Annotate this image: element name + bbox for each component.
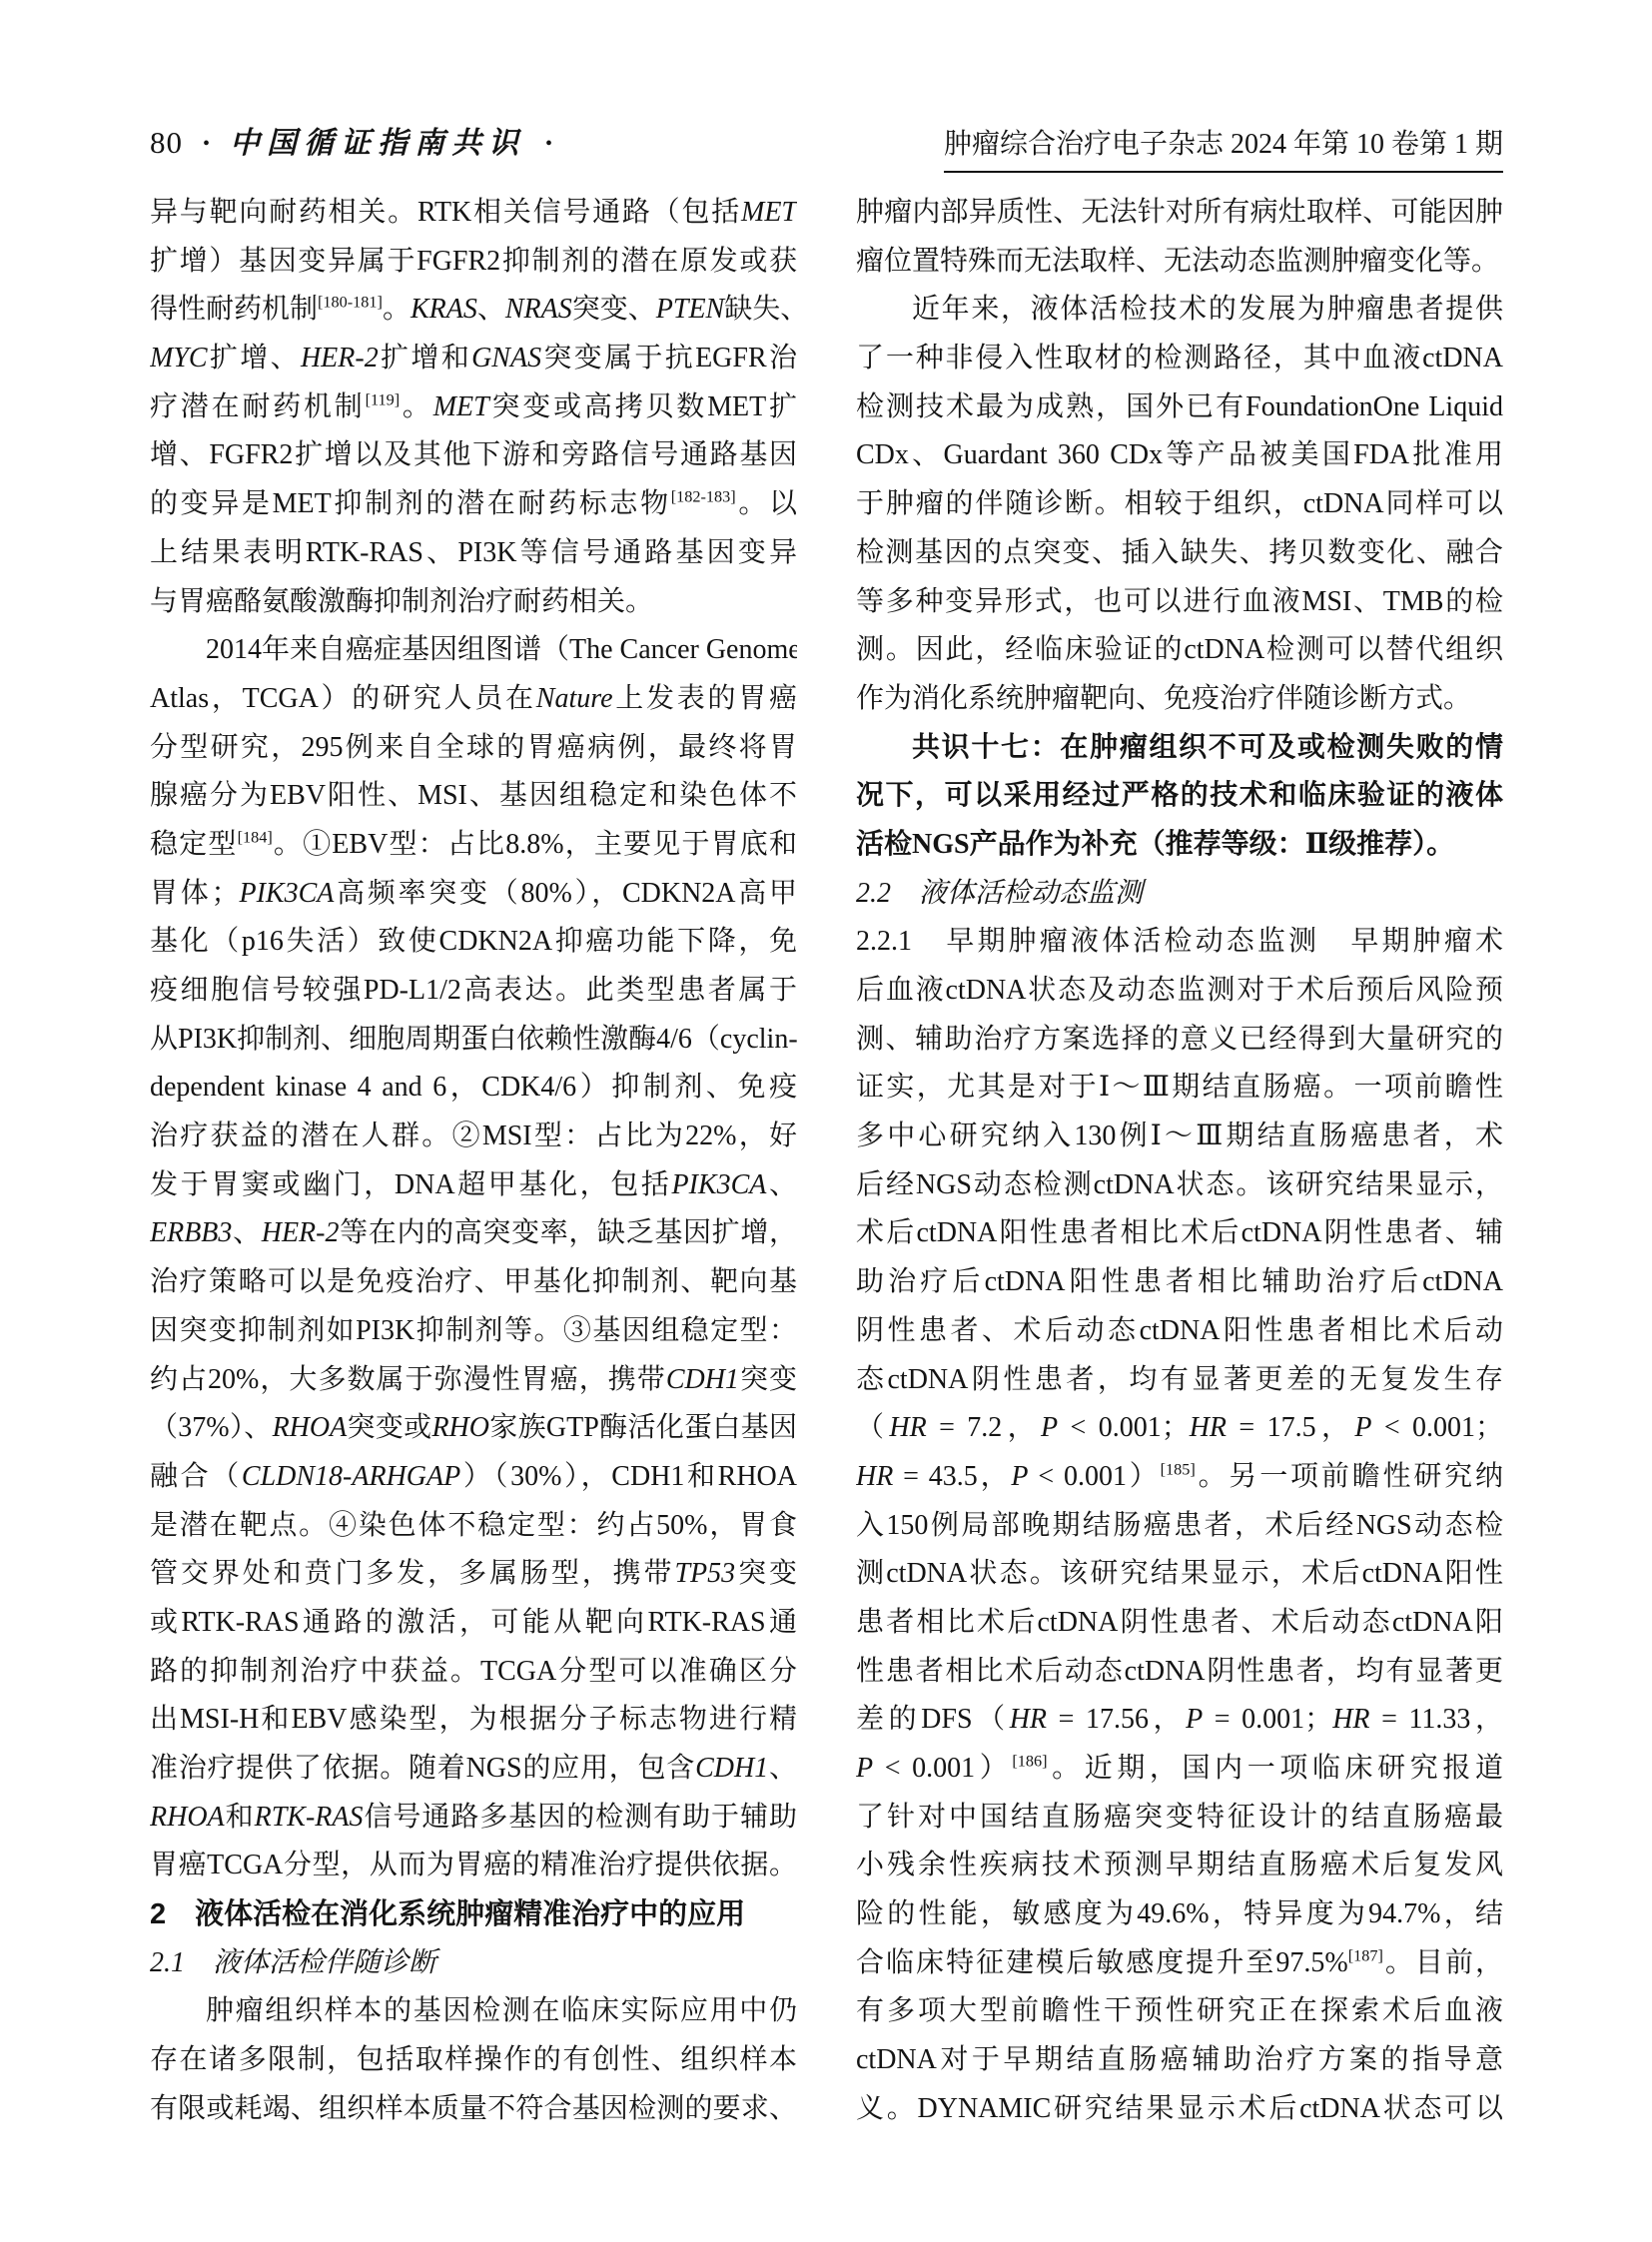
reference-superscript: [186] [1012, 1753, 1047, 1771]
text-line: CDx、Guardant 360 CDx等产品被美国FDA批准用 [856, 431, 1503, 480]
text-line: 发于胃窦或幽门，DNA超甲基化，包括PIK3CA、 [150, 1161, 797, 1210]
text-line: 上结果表明RTK-RAS、PI3K等信号通路基因变异 [150, 529, 797, 578]
text-line: （HR = 7.2，P < 0.001；HR = 17.5，P < 0.001； [856, 1404, 1503, 1453]
text-line: 路的抑制剂治疗中获益。TCGA分型可以准确区分 [150, 1648, 797, 1697]
text-line: 态ctDNA阴性患者，均有显著更差的无复发生存 [856, 1356, 1503, 1405]
text-line: 异与靶向耐药相关。RTK相关信号通路（包括MET [150, 189, 797, 238]
text-line: 准治疗提供了依据。随着NGS的应用，包含CDH1、 [150, 1745, 797, 1794]
column-left: 异与靶向耐药相关。RTK相关信号通路（包括MET扩增）基因变异属于FGFR2抑制… [150, 189, 797, 2134]
column-right: 肿瘤内部异质性、无法针对所有病灶取样、可能因肿瘤位置特殊而无法取样、无法动态监测… [856, 189, 1503, 2134]
text-line: 瘤位置特殊而无法取样、无法动态监测肿瘤变化等。 [856, 238, 1503, 287]
text-line: 出MSI-H和EBV感染型，为根据分子标志物进行精 [150, 1696, 797, 1745]
text-line: MYC扩增、HER-2扩增和GNAS突变属于抗EGFR治 [150, 335, 797, 383]
bullet-icon: • [545, 133, 552, 155]
text-line: 治疗获益的潜在人群。②MSI型：占比为22%，好 [150, 1113, 797, 1161]
reference-superscript: [187] [1348, 1946, 1383, 1964]
document-page: 80 • 中国循证指南共识 • 肿瘤综合治疗电子杂志 2024 年第 10 卷第… [0, 0, 1652, 2242]
bullet-icon: • [203, 133, 210, 155]
running-header-left: 80 • 中国循证指南共识 • [150, 118, 568, 162]
text-line: 疫细胞信号较强PD-L1/2高表达。此类型患者属于 [150, 967, 797, 1016]
text-line: 近年来，液体活检技术的发展为肿瘤患者提供 [856, 286, 1503, 335]
text-line: 分型研究，295例来自全球的胃癌病例，最终将胃 [150, 724, 797, 773]
text-line: 扩增）基因变异属于FGFR2抑制剂的潜在原发或获 [150, 238, 797, 287]
text-line: 肿瘤内部异质性、无法针对所有病灶取样、可能因肿 [856, 189, 1503, 238]
text-line: 义。DYNAMIC研究结果显示术后ctDNA状态可以 [856, 2085, 1503, 2134]
text-line: Atlas，TCGA）的研究人员在Nature上发表的胃癌 [150, 675, 797, 724]
text-line: 治疗策略可以是免疫治疗、甲基化抑制剂、靶向基 [150, 1258, 797, 1307]
text-line: 后经NGS动态检测ctDNA状态。该研究结果显示， [856, 1161, 1503, 1210]
text-line: 测ctDNA状态。该研究结果显示，术后ctDNA阳性 [856, 1550, 1503, 1599]
subsubsection-heading: 2.2.1 早期肿瘤液体活检动态监测 早期肿瘤术 [856, 918, 1503, 967]
text-line: 有限或耗竭、组织样本质量不符合基因检测的要求、 [150, 2085, 797, 2134]
text-line: 差的DFS（HR = 17.56，P = 0.001；HR = 11.33， [856, 1696, 1503, 1745]
text-line: 测。因此，经临床验证的ctDNA检测可以替代组织 [856, 626, 1503, 675]
text-line: 测、辅助治疗方案选择的意义已经得到大量研究的 [856, 1016, 1503, 1065]
journal-brand: 中国循证指南共识 [230, 127, 525, 160]
consensus-statement: 活检NGS产品作为补充（推荐等级：Ⅱ级推荐）。 [856, 821, 1503, 870]
text-line: 与胃癌酪氨酸激酶抑制剂治疗耐药相关。 [150, 578, 797, 627]
text-line: 管交界处和贲门多发，多属肠型，携带TP53突变 [150, 1550, 797, 1599]
text-line: 多中心研究纳入130例Ⅰ～Ⅲ期结直肠癌患者，术 [856, 1113, 1503, 1161]
text-line: 助治疗后ctDNA阳性患者相比辅助治疗后ctDNA [856, 1258, 1503, 1307]
text-line: 术后ctDNA阳性患者相比术后ctDNA阴性患者、辅 [856, 1209, 1503, 1258]
text-line: 存在诸多限制，包括取样操作的有创性、组织样本 [150, 2036, 797, 2085]
text-line: 增、FGFR2扩增以及其他下游和旁路信号通路基因 [150, 431, 797, 480]
text-line: 腺癌分为EBV阳性、MSI、基因组稳定和染色体不 [150, 772, 797, 821]
reference-superscript: [182-183] [671, 488, 736, 506]
subsection-heading: 2.1 液体活检伴随诊断 [150, 1939, 797, 1988]
text-line: （37%）、RHOA突变或RHO家族GTP酶活化蛋白基因 [150, 1404, 797, 1453]
text-line: 检测技术最为成熟，国外已有FoundationOne Liquid [856, 383, 1503, 432]
text-line: 等多种变异形式，也可以进行血液MSI、TMB的检 [856, 578, 1503, 627]
text-line: 作为消化系统肿瘤靶向、免疫治疗伴随诊断方式。 [856, 675, 1503, 724]
text-line: 基化（p16失活）致使CDKN2A抑癌功能下降，免 [150, 918, 797, 967]
text-line: 患者相比术后ctDNA阴性患者、术后动态ctDNA阳 [856, 1599, 1503, 1648]
text-line: 是潜在靶点。④染色体不稳定型：约占50%，胃食 [150, 1502, 797, 1551]
text-line: 的变异是MET抑制剂的潜在耐药标志物[182-183]。以 [150, 480, 797, 529]
text-line: 胃癌TCGA分型，从而为胃癌的精准治疗提供依据。 [150, 1842, 797, 1890]
consensus-statement: 共识十七：在肿瘤组织不可及或检测失败的情 [856, 724, 1503, 773]
text-line: 胃体；PIK3CA高频率突变（80%），CDKN2A高甲 [150, 870, 797, 919]
text-line: ERBB3、HER-2等在内的高突变率，缺乏基因扩增， [150, 1209, 797, 1258]
reference-superscript: [185] [1161, 1461, 1196, 1479]
text-line: 融合（CLDN18-ARHGAP）（30%），CDH1和RHOA [150, 1453, 797, 1502]
text-line: HR = 43.5，P < 0.001）[185]。另一项前瞻性研究纳 [856, 1453, 1503, 1502]
text-line: 或RTK-RAS通路的激活，可能从靶向RTK-RAS通 [150, 1599, 797, 1648]
text-line: 疗潜在耐药机制[119]。MET突变或高拷贝数MET扩 [150, 383, 797, 432]
subsection-heading: 2.2 液体活检动态监测 [856, 870, 1503, 919]
text-line: 险的性能，敏感度为49.6%，特异度为94.7%，结 [856, 1890, 1503, 1939]
consensus-statement: 况下，可以采用经过严格的技术和临床验证的液体 [856, 772, 1503, 821]
text-line: 约占20%，大多数属于弥漫性胃癌，携带CDH1突变 [150, 1356, 797, 1405]
text-line: 有多项大型前瞻性干预性研究正在探索术后血液 [856, 1987, 1503, 2036]
text-line: 小残余性疾病技术预测早期结直肠癌术后复发风 [856, 1842, 1503, 1890]
text-line: 从PI3K抑制剂、细胞周期蛋白依赖性激酶4/6（cyclin- [150, 1016, 797, 1065]
text-line: 证实，尤其是对于Ⅰ～Ⅲ期结直肠癌。一项前瞻性 [856, 1064, 1503, 1113]
text-line: 得性耐药机制[180-181]。KRAS、NRAS突变、PTEN缺失、 [150, 286, 797, 335]
text-line: 检测基因的点突变、插入缺失、拷贝数变化、融合 [856, 529, 1503, 578]
text-line: P < 0.001）[186]。近期，国内一项临床研究报道 [856, 1745, 1503, 1794]
text-line: 了一种非侵入性取材的检测路径，其中血液ctDNA [856, 335, 1503, 383]
text-line: 肿瘤组织样本的基因检测在临床实际应用中仍 [150, 1987, 797, 2036]
text-line: 合临床特征建模后敏感度提升至97.5%[187]。目前， [856, 1939, 1503, 1988]
text-line: 于肿瘤的伴随诊断。相较于组织，ctDNA同样可以 [856, 480, 1503, 529]
text-line: 性患者相比术后动态ctDNA阴性患者，均有显著更 [856, 1648, 1503, 1697]
text-line: dependent kinase 4 and 6，CDK4/6）抑制剂、免疫 [150, 1064, 797, 1113]
text-line: 因突变抑制剂如PI3K抑制剂等。③基因组稳定型： [150, 1307, 797, 1356]
page-number: 80 [150, 125, 183, 160]
reference-superscript: [180-181] [318, 294, 383, 312]
text-line: 了针对中国结直肠癌突变特征设计的结直肠癌最 [856, 1794, 1503, 1843]
section-heading: 2 液体活检在消化系统肿瘤精准治疗中的应用 [150, 1890, 797, 1939]
text-line: 2014年来自癌症基因组图谱（The Cancer Genome [150, 626, 797, 675]
text-line: 阴性患者、术后动态ctDNA阳性患者相比术后动 [856, 1307, 1503, 1356]
text-line: 入150例局部晚期结肠癌患者，术后经NGS动态检 [856, 1502, 1503, 1551]
text-line: ctDNA对于早期结直肠癌辅助治疗方案的指导意 [856, 2036, 1503, 2085]
reference-superscript: [184] [238, 829, 273, 847]
reference-superscript: [119] [366, 390, 401, 408]
text-line: RHOA和RTK-RAS信号通路多基因的检测有助于辅助 [150, 1794, 797, 1843]
text-line: 稳定型[184]。①EBV型：占比8.8%，主要见于胃底和 [150, 821, 797, 870]
journal-issue-header: 肿瘤综合治疗电子杂志 2024 年第 10 卷第 1 期 [944, 122, 1503, 173]
text-line: 后血液ctDNA状态及动态监测对于术后预后风险预 [856, 967, 1503, 1016]
